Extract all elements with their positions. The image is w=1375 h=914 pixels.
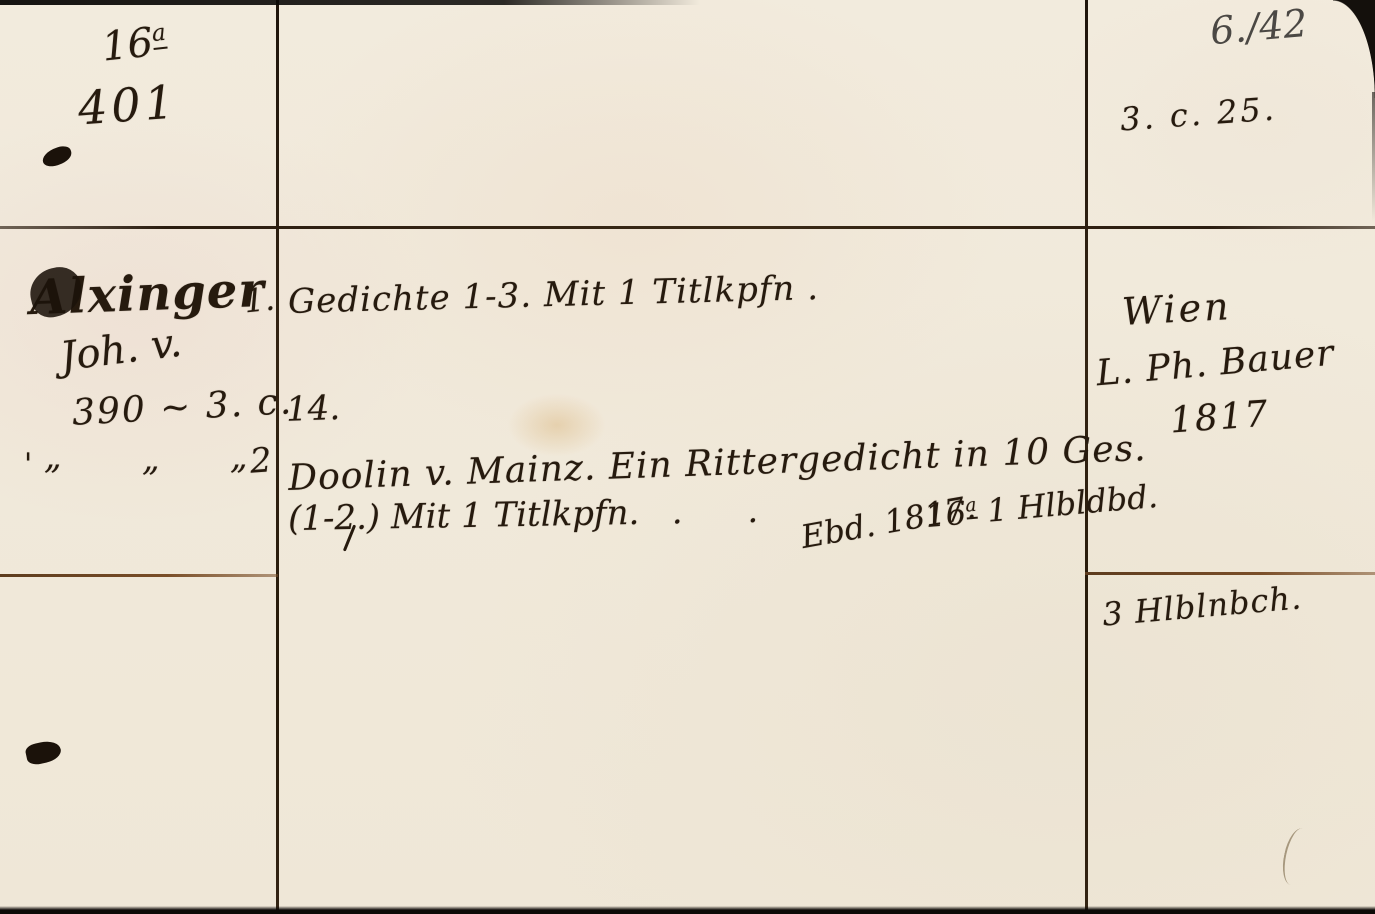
accession-number: 401 [77,79,180,132]
reference-old-number: 390 ~ 3. c. [71,384,294,432]
scan-corner-top-right [1333,0,1375,98]
entry1-title: Gedichte 1-3. Mit 1 Titlkpfn . [288,271,820,319]
rule-vertical-left [276,0,279,914]
imprint-year: 1817 [1169,397,1271,440]
catalog-card: 16a 401 6./42 3. c. 25. Alxinger Joh. v.… [0,0,1375,914]
entry2-title: Doolin v. Mainz. Ein Rittergedicht in 10… [288,431,1147,497]
reference-new-number: 14. [285,391,340,427]
scan-edge-top [0,0,700,5]
paper-fiber-mark [1278,826,1317,889]
ink-blot-bottom-left [24,739,63,767]
format-mark: 16a [100,21,169,68]
author-forename: Joh. v. [58,323,184,378]
ink-blot-top-left [40,144,74,169]
rule-horizontal-top [0,226,1375,229]
entry2-collation: (1-2.) Mit 1 Titlkpfn. . . [288,494,759,536]
rule-horizontal-left-segment [0,574,278,577]
format-number: 16 [100,20,155,71]
format-superscript: a [150,19,167,50]
pencil-shelfmark: 6./42 [1209,4,1309,50]
call-number: 3. c. 25. [1119,93,1278,136]
entry2-binding: 1 Hlbldbd. [975,477,1159,531]
scan-edge-bottom [0,906,1375,914]
ditto-mark: ' [24,450,32,480]
ditto-mark: „ [44,440,62,474]
entry2-number: 2 [249,443,273,478]
entry1-number: 1. [242,282,276,317]
ditto-mark: „ [142,442,160,476]
binding-note: 3 Hlblnbch. [1101,581,1303,630]
rule-horizontal-right-segment [1085,572,1375,575]
entry2-format-number: 16 [924,494,968,535]
entry2-format-binding: 16a 1 Hlbldbd. [924,480,1159,532]
ditto-mark: „ [230,440,248,474]
imprint-place: Wien [1121,287,1232,331]
imprint-publisher: L. Ph. Bauer [1095,336,1336,393]
